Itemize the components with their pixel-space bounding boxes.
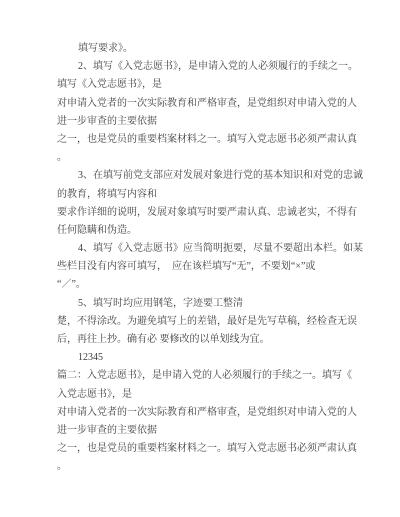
text-line: 。 [57,149,363,167]
text-line: 2、填写《入党志愿书》，是申请入党的人必须履行的手续之一。 [57,58,363,76]
text-line: 入党志愿书》，是 [57,386,363,404]
text-line: 对申请入党者的一次实际教育和严格审查，是党组织对申请入党的人 [57,404,363,422]
text-line: 3、在填写前党支部应对发展对象进行党的基本知识和对党的忠诚 [57,167,363,185]
text-line: 之一，也是党员的重要档案材料之一。填写入党志愿书必须严肃认真 [57,440,363,458]
text-line: 4、填写《入党志愿书》应当简明扼要，尽量不要超出本栏。如某 [57,240,363,258]
text-line: 任何隐瞒和伪造。 [57,222,363,240]
text-line: 楚，不得涂改。为避免填写上的差错，最好是先写草稿，经检查无误 [57,313,363,331]
text-line: “／”。 [57,276,363,294]
text-line: 填写要求》。 [57,40,363,58]
body-text: 填写要求》。 2、填写《入党志愿书》，是申请入党的人必须履行的手续之一。 填写《… [57,40,363,477]
text-line: 些栏目没有内容可填写， 应在该栏填写“无”，不要划“×”或 [57,258,363,276]
text-line: 之一，也是党员的重要档案材料之一。填写入党志愿书必须严肃认真 [57,131,363,149]
text-line: 进一步审查的主要依据 [57,422,363,440]
text-line: 的教育，将填写内容和 [57,186,363,204]
text-line: 篇二：入党志愿书》，是申请入党的人必须履行的手续之一。填写《 [57,367,363,385]
document-page: 填写要求》。 2、填写《入党志愿书》，是申请入党的人必须履行的手续之一。 填写《… [0,0,400,517]
text-line: 填写《入党志愿书》，是 [57,76,363,94]
text-line: 要求作详细的说明，发展对象填写时要严肃认真、忠诚老实，不得有 [57,204,363,222]
text-line: 进一步审查的主要依据 [57,113,363,131]
text-line: 后，再往上抄。确有必 要修改的以单划线为宜。 [57,331,363,349]
text-line: 。 [57,458,363,476]
text-line: 12345 [57,349,363,367]
text-line: 对申请入党者的一次实际教育和严格审查，是党组织对申请入党的人 [57,95,363,113]
text-line: 5、填写时均应用钢笔，字迹要工整清 [57,295,363,313]
